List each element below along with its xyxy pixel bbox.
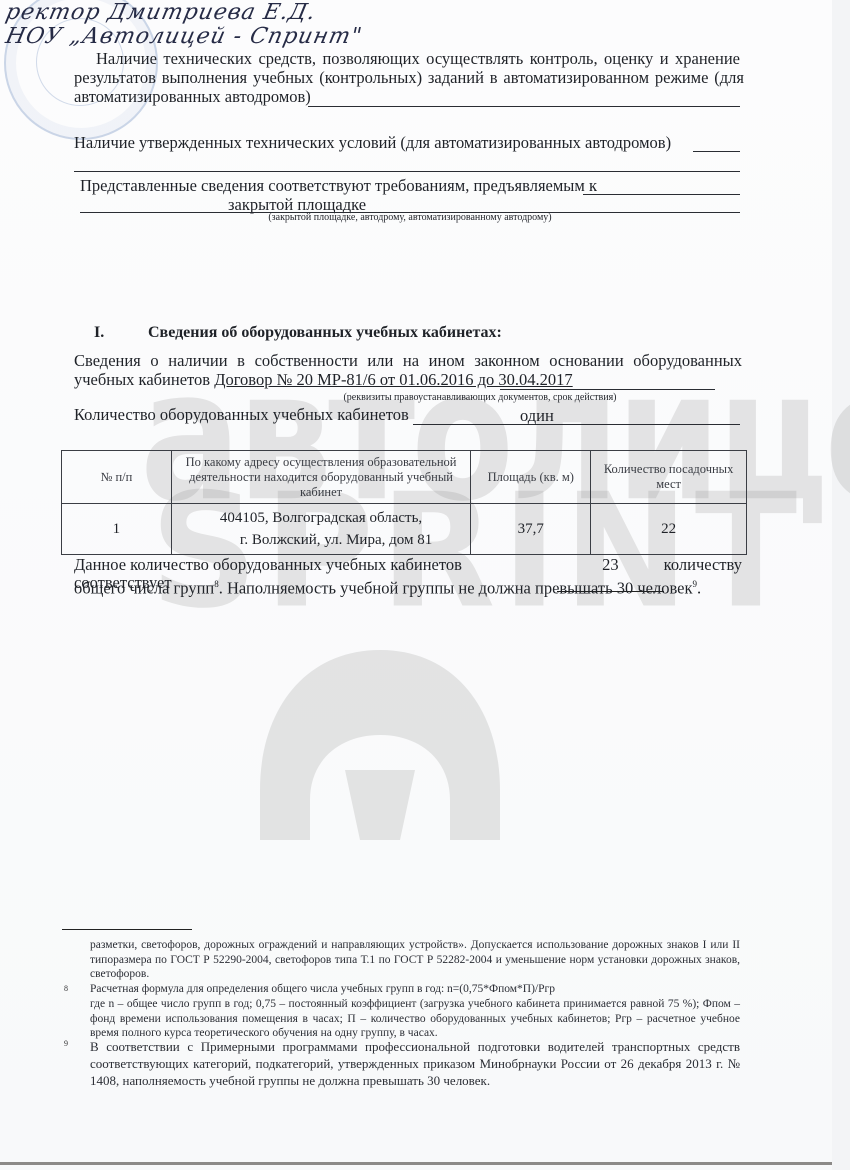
section-number: I. (94, 324, 148, 342)
cell-number: 1 (62, 504, 172, 555)
ownership-document-value: Договор № 20 МР-81/6 от 01.06.2016 до 30… (214, 370, 572, 389)
section-title: Сведения об оборудованных учебных кабине… (148, 324, 502, 341)
steering-wheel-icon (250, 640, 510, 840)
blank-line (583, 194, 740, 195)
blank-line (308, 106, 740, 107)
ownership-line2: учебных кабинетов Договор № 20 МР-81/6 о… (74, 371, 573, 389)
blank-line (413, 424, 740, 425)
ownership-line1: Сведения о наличии в собственности или н… (74, 352, 742, 370)
footnote-separator (62, 929, 192, 930)
footnote-9-text: В соответствии с Примерными программами … (90, 1038, 740, 1089)
blank-line (693, 151, 740, 152)
tech-conditions-label: Наличие утвержденных технических условий… (74, 134, 671, 152)
footnote-8-mark: 8 (64, 984, 68, 993)
summary-text-a: общего числа групп (74, 579, 214, 598)
handwritten-signature-line1: ректор Дмитриева Е.Д. (3, 0, 318, 25)
footnote-8-explanation: где n – общее число групп в год; 0,75 – … (90, 997, 740, 1041)
footnote-9-mark: 9 (64, 1039, 68, 1048)
header-address: По какому адресу осуществления образоват… (171, 451, 471, 504)
cabinet-count-label: Количество оборудованных учебных кабинет… (74, 406, 409, 424)
ownership-prefix: учебных кабинетов (74, 370, 210, 389)
groups-count-value: 23 (602, 555, 619, 574)
header-seats: Количество посадочных мест (591, 451, 747, 504)
header-number: № п/п (62, 451, 172, 504)
tech-means-line1: Наличие технических средств, позволяющих… (96, 50, 740, 68)
section-heading: I.Сведения об оборудованных учебных каби… (94, 324, 502, 342)
cabinets-table: № п/п По какому адресу осуществления обр… (61, 450, 747, 555)
scan-edge (832, 0, 850, 1170)
address-line2: г. Волжский, ул. Мира, дом 81 (176, 529, 467, 551)
compliance-label: Представленные сведения соответствуют тр… (80, 177, 597, 195)
summary-line2: общего числа групп8. Наполняемость учебн… (74, 575, 701, 598)
tech-means-line2: результатов выполнения учебных (контроль… (74, 69, 744, 87)
ownership-hint: (реквизиты правоустанавливающих документ… (200, 392, 760, 403)
blank-line (74, 171, 740, 172)
cell-area: 37,7 (471, 504, 591, 555)
compliance-hint: (закрытой площадке, автодрому, автоматиз… (80, 212, 740, 223)
cell-seats: 22 (591, 504, 747, 555)
tech-means-line3: автоматизированных автодромов) (74, 88, 311, 106)
address-line1: 404105, Волгоградская область, (176, 507, 467, 529)
footnote-continued: разметки, светофоров, дорожных ограждени… (90, 938, 740, 982)
header-area: Площадь (кв. м) (471, 451, 591, 504)
table-row: 1 404105, Волгоградская область, г. Волж… (62, 504, 747, 555)
handwritten-signature-line2: НОУ „Автолицей - Спринт" (3, 24, 364, 49)
summary-text-c: . (697, 579, 701, 598)
table-header-row: № п/п По какому адресу осуществления обр… (62, 451, 747, 504)
cabinet-count-value: один (520, 407, 554, 425)
footnote-8-formula: Расчетная формула для определения общего… (90, 982, 740, 997)
cell-address: 404105, Волгоградская область, г. Волжск… (171, 504, 471, 555)
summary-text-b: . Наполняемость учебной группы не должна… (219, 579, 693, 598)
blank-line (500, 389, 715, 390)
scan-bottom-edge (0, 1162, 832, 1165)
